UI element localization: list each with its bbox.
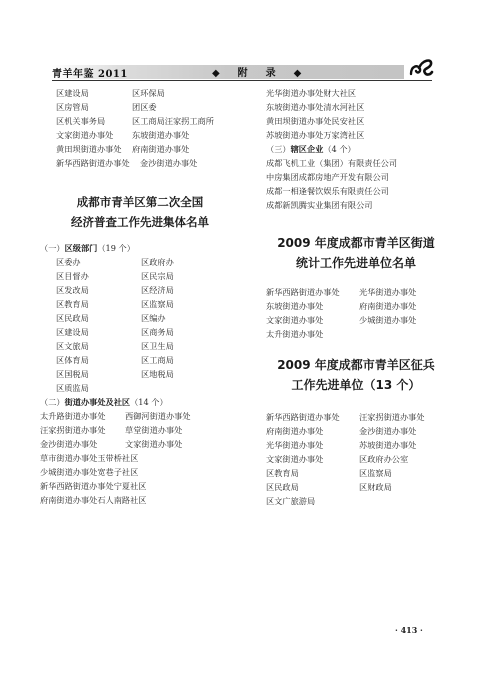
list-item: 区国税局 xyxy=(56,367,89,381)
list-item: 区质监局 xyxy=(56,381,89,395)
list-item: 苏坡街道办事处万家湾社区 xyxy=(266,128,456,142)
list-row: 太升街道办事处 xyxy=(266,327,456,341)
list-item: 金沙街道办事处 xyxy=(40,437,97,451)
list-item: 区监察局 xyxy=(359,466,392,480)
list-item: 光华街道办事处 xyxy=(266,438,323,452)
list-item: 区房管局 xyxy=(56,100,89,114)
list-item: 汪家拐街道办事处 xyxy=(40,423,106,437)
list-item: 府南街道办事处 xyxy=(266,424,323,438)
right-continued-list: 光华街道办事处财大社区 东坡街道办事处清水河社区 黄田坝街道办事处民安社区 苏坡… xyxy=(266,86,456,212)
list-item: 草堂街道办事处 xyxy=(125,423,182,437)
section-heading-text: 辖区企业 xyxy=(291,144,324,154)
list-item: 区民政局 xyxy=(56,311,89,325)
conscription-title: 2009 年度成都市青羊区征兵 工作先进单位（13 个） xyxy=(256,355,456,395)
list-item: 区环保局 xyxy=(132,86,165,100)
section-heading: （一）区级部门（19 个） xyxy=(40,241,245,255)
list-item: 区建设局 xyxy=(56,325,89,339)
list-item: 区教育局 xyxy=(266,466,299,480)
list-row: 汪家拐街道办事处草堂街道办事处 xyxy=(40,423,245,437)
list-item: 金沙街道办事处 xyxy=(359,424,416,438)
diamond-icon: ◆ xyxy=(212,68,221,79)
list-item: 区编办 xyxy=(141,311,166,325)
list-row: 区民政局区财政局 xyxy=(266,480,456,494)
list-row: 新华西路街道办事处金沙街道办事处 xyxy=(56,156,246,170)
list-row: 区建设局区商务局 xyxy=(56,325,245,339)
conscription-title-line-1: 2009 年度成都市青羊区征兵 xyxy=(256,355,456,375)
conscription-title-line-2: 工作先进单位（13 个） xyxy=(256,375,456,395)
list-row: 新华西路街道办事处光华街道办事处 xyxy=(266,285,456,299)
list-item: 府南街道办事处 xyxy=(359,299,416,313)
list-row: 府南街道办事处石人南路社区 xyxy=(40,493,245,507)
list-item: 文家街道办事处 xyxy=(266,452,323,466)
list-item: 区经济局 xyxy=(141,283,174,297)
list-item: 成都新凯腾实业集团有限公司 xyxy=(266,198,456,212)
section-count: （4 个） xyxy=(323,144,355,154)
section-heading-text: 街道办事处及社区 xyxy=(65,397,131,407)
list-item: 成都飞机工业（集团）有限责任公司 xyxy=(266,156,456,170)
list-item: 区财政局 xyxy=(359,480,392,494)
list-row: 区发改局区经济局 xyxy=(56,283,245,297)
list-item: 新华西路街道办事处 xyxy=(266,285,340,299)
list-item: 团区委 xyxy=(132,100,157,114)
list-row: 新华西路街道办事处汪家拐街道办事处 xyxy=(266,410,456,424)
section-title-char-2: 录 xyxy=(266,68,277,79)
list-row: 府南街道办事处金沙街道办事处 xyxy=(266,424,456,438)
left-continued-list: 区建设局区环保局 区房管局团区委 区机关事务局区工商局汪家拐工商所 文家街道办事… xyxy=(56,86,246,170)
list-item: 区地税局 xyxy=(141,367,174,381)
list-row: 区建设局区环保局 xyxy=(56,86,246,100)
list-item: 府南街道办事处 xyxy=(132,142,189,156)
list-item: 汪家拐街道办事处 xyxy=(359,410,425,424)
stats-title-line-2: 统计工作先进单位名单 xyxy=(256,253,456,273)
list-item: 太升路街道办事处 xyxy=(40,409,106,423)
diamond-icon: ◆ xyxy=(294,68,303,79)
list-item: 区民宗局 xyxy=(141,269,174,283)
list-row: 少城街道办事处宽巷子社区 xyxy=(40,465,245,479)
stats-list: 新华西路街道办事处光华街道办事处 东坡街道办事处府南街道办事处 文家街道办事处少… xyxy=(266,285,456,341)
list-row: 太升路街道办事处西御河街道办事处 xyxy=(40,409,245,423)
census-title-line-2: 经济普查工作先进集体名单 xyxy=(40,212,240,232)
list-item: 东坡街道办事处 xyxy=(132,128,189,142)
section-count: （14 个） xyxy=(130,397,168,407)
list-item: 少城街道办事处宽巷子社区 xyxy=(40,465,138,479)
list-item: 区机关事务局 xyxy=(56,114,105,128)
list-item: 黄田坝街道办事处 xyxy=(56,142,122,156)
list-row: 区国税局区地税局 xyxy=(56,367,245,381)
list-item: 区建设局 xyxy=(56,86,89,100)
list-item: 区卫生局 xyxy=(141,339,174,353)
list-item: 文家街道办事处 xyxy=(125,437,182,451)
stats-title-line-1: 2009 年度成都市青羊区街道 xyxy=(256,233,456,253)
list-item: 府南街道办事处石人南路社区 xyxy=(40,493,146,507)
list-item: 区文旅局 xyxy=(56,339,89,353)
list-row: 区体育局区工商局 xyxy=(56,353,245,367)
list-row: 文家街道办事处东坡街道办事处 xyxy=(56,128,246,142)
list-item: 光华街道办事处财大社区 xyxy=(266,86,456,100)
list-item: 区委办 xyxy=(56,255,81,269)
list-item: 区工商局汪家拐工商所 xyxy=(132,114,214,128)
list-item: 区文广旅游局 xyxy=(266,494,315,508)
list-row: 黄田坝街道办事处府南街道办事处 xyxy=(56,142,246,156)
list-row: 区委办区政府办 xyxy=(56,255,245,269)
section-prefix: （二） xyxy=(40,397,65,407)
list-item: 黄田坝街道办事处民安社区 xyxy=(266,114,456,128)
list-item: 中房集团成都房地产开发有限公司 xyxy=(266,170,456,184)
section-district-departments: （一）区级部门（19 个） 区委办区政府办 区目督办区民宗局 区发改局区经济局 … xyxy=(40,241,245,395)
list-item: 区教育局 xyxy=(56,297,89,311)
list-item: 西御河街道办事处 xyxy=(125,409,191,423)
census-title-line-1: 成都市青羊区第二次全国 xyxy=(40,192,240,212)
list-row: 草市街道办事处玉带桥社区 xyxy=(40,451,245,465)
conscription-list: 新华西路街道办事处汪家拐街道办事处 府南街道办事处金沙街道办事处 光华街道办事处… xyxy=(266,410,456,508)
list-row: 文家街道办事处少城街道办事处 xyxy=(266,313,456,327)
list-item: 新华西路街道办事处宁夏社区 xyxy=(40,479,146,493)
list-item: 区民政局 xyxy=(266,480,299,494)
list-row: 区民政局区编办 xyxy=(56,311,245,325)
book-title: 青羊年鉴 2011 xyxy=(52,65,128,80)
page-number: · 413 · xyxy=(395,625,423,635)
running-header: 青羊年鉴 2011 ◆ 附 录 ◆ xyxy=(52,62,432,80)
list-item: 区发改局 xyxy=(56,283,89,297)
list-item: 区体育局 xyxy=(56,353,89,367)
list-row: 区教育局区监察局 xyxy=(56,297,245,311)
section-heading-text: 区级部门 xyxy=(65,243,98,253)
list-item: 少城街道办事处 xyxy=(359,313,416,327)
list-item: 光华街道办事处 xyxy=(359,285,416,299)
section-street-offices: （二）街道办事处及社区（14 个） 太升路街道办事处西御河街道办事处 汪家拐街道… xyxy=(40,395,245,507)
list-item: 太升街道办事处 xyxy=(266,327,323,341)
section-prefix: （一） xyxy=(40,243,65,253)
list-item: 新华西路街道办事处 xyxy=(56,156,130,170)
census-title: 成都市青羊区第二次全国 经济普查工作先进集体名单 xyxy=(40,192,240,232)
list-item: 区目督办 xyxy=(56,269,89,283)
list-row: 新华西路街道办事处宁夏社区 xyxy=(40,479,245,493)
list-item: 苏坡街道办事处 xyxy=(359,438,416,452)
list-item: 草市街道办事处玉带桥社区 xyxy=(40,451,138,465)
section-title-char-1: 附 xyxy=(238,68,249,79)
list-item: 文家街道办事处 xyxy=(56,128,113,142)
list-item: 区政府办公室 xyxy=(359,452,408,466)
list-item: 金沙街道办事处 xyxy=(140,156,197,170)
list-row: 区房管局团区委 xyxy=(56,100,246,114)
list-row: 区机关事务局区工商局汪家拐工商所 xyxy=(56,114,246,128)
list-item: 区商务局 xyxy=(141,325,174,339)
list-item: 文家街道办事处 xyxy=(266,313,323,327)
list-row: 区文旅局区卫生局 xyxy=(56,339,245,353)
section-title: ◆ 附 录 ◆ xyxy=(212,64,302,79)
stats-title: 2009 年度成都市青羊区街道 统计工作先进单位名单 xyxy=(256,233,456,273)
list-item: 东坡街道办事处清水河社区 xyxy=(266,100,456,114)
list-item: 新华西路街道办事处 xyxy=(266,410,340,424)
list-row: 区教育局区监察局 xyxy=(266,466,456,480)
list-row: 区目督办区民宗局 xyxy=(56,269,245,283)
list-row: 东坡街道办事处府南街道办事处 xyxy=(266,299,456,313)
section-count: （19 个） xyxy=(97,243,135,253)
list-row: 区文广旅游局 xyxy=(266,494,456,508)
list-row: 区质监局 xyxy=(56,381,245,395)
list-row: 金沙街道办事处文家街道办事处 xyxy=(40,437,245,451)
list-item: 成都一相逢餐饮娱乐有限责任公司 xyxy=(266,184,456,198)
header-rule xyxy=(52,80,432,81)
list-row: 光华街道办事处苏坡街道办事处 xyxy=(266,438,456,452)
section-prefix: （三） xyxy=(266,144,291,154)
list-item: 区监察局 xyxy=(141,297,174,311)
section-heading: （三）辖区企业（4 个） xyxy=(266,142,456,156)
list-row: 文家街道办事处区政府办公室 xyxy=(266,452,456,466)
swirl-logo-icon xyxy=(408,52,434,78)
section-heading: （二）街道办事处及社区（14 个） xyxy=(40,395,245,409)
list-item: 区工商局 xyxy=(141,353,174,367)
list-item: 区政府办 xyxy=(141,255,174,269)
list-item: 东坡街道办事处 xyxy=(266,299,323,313)
